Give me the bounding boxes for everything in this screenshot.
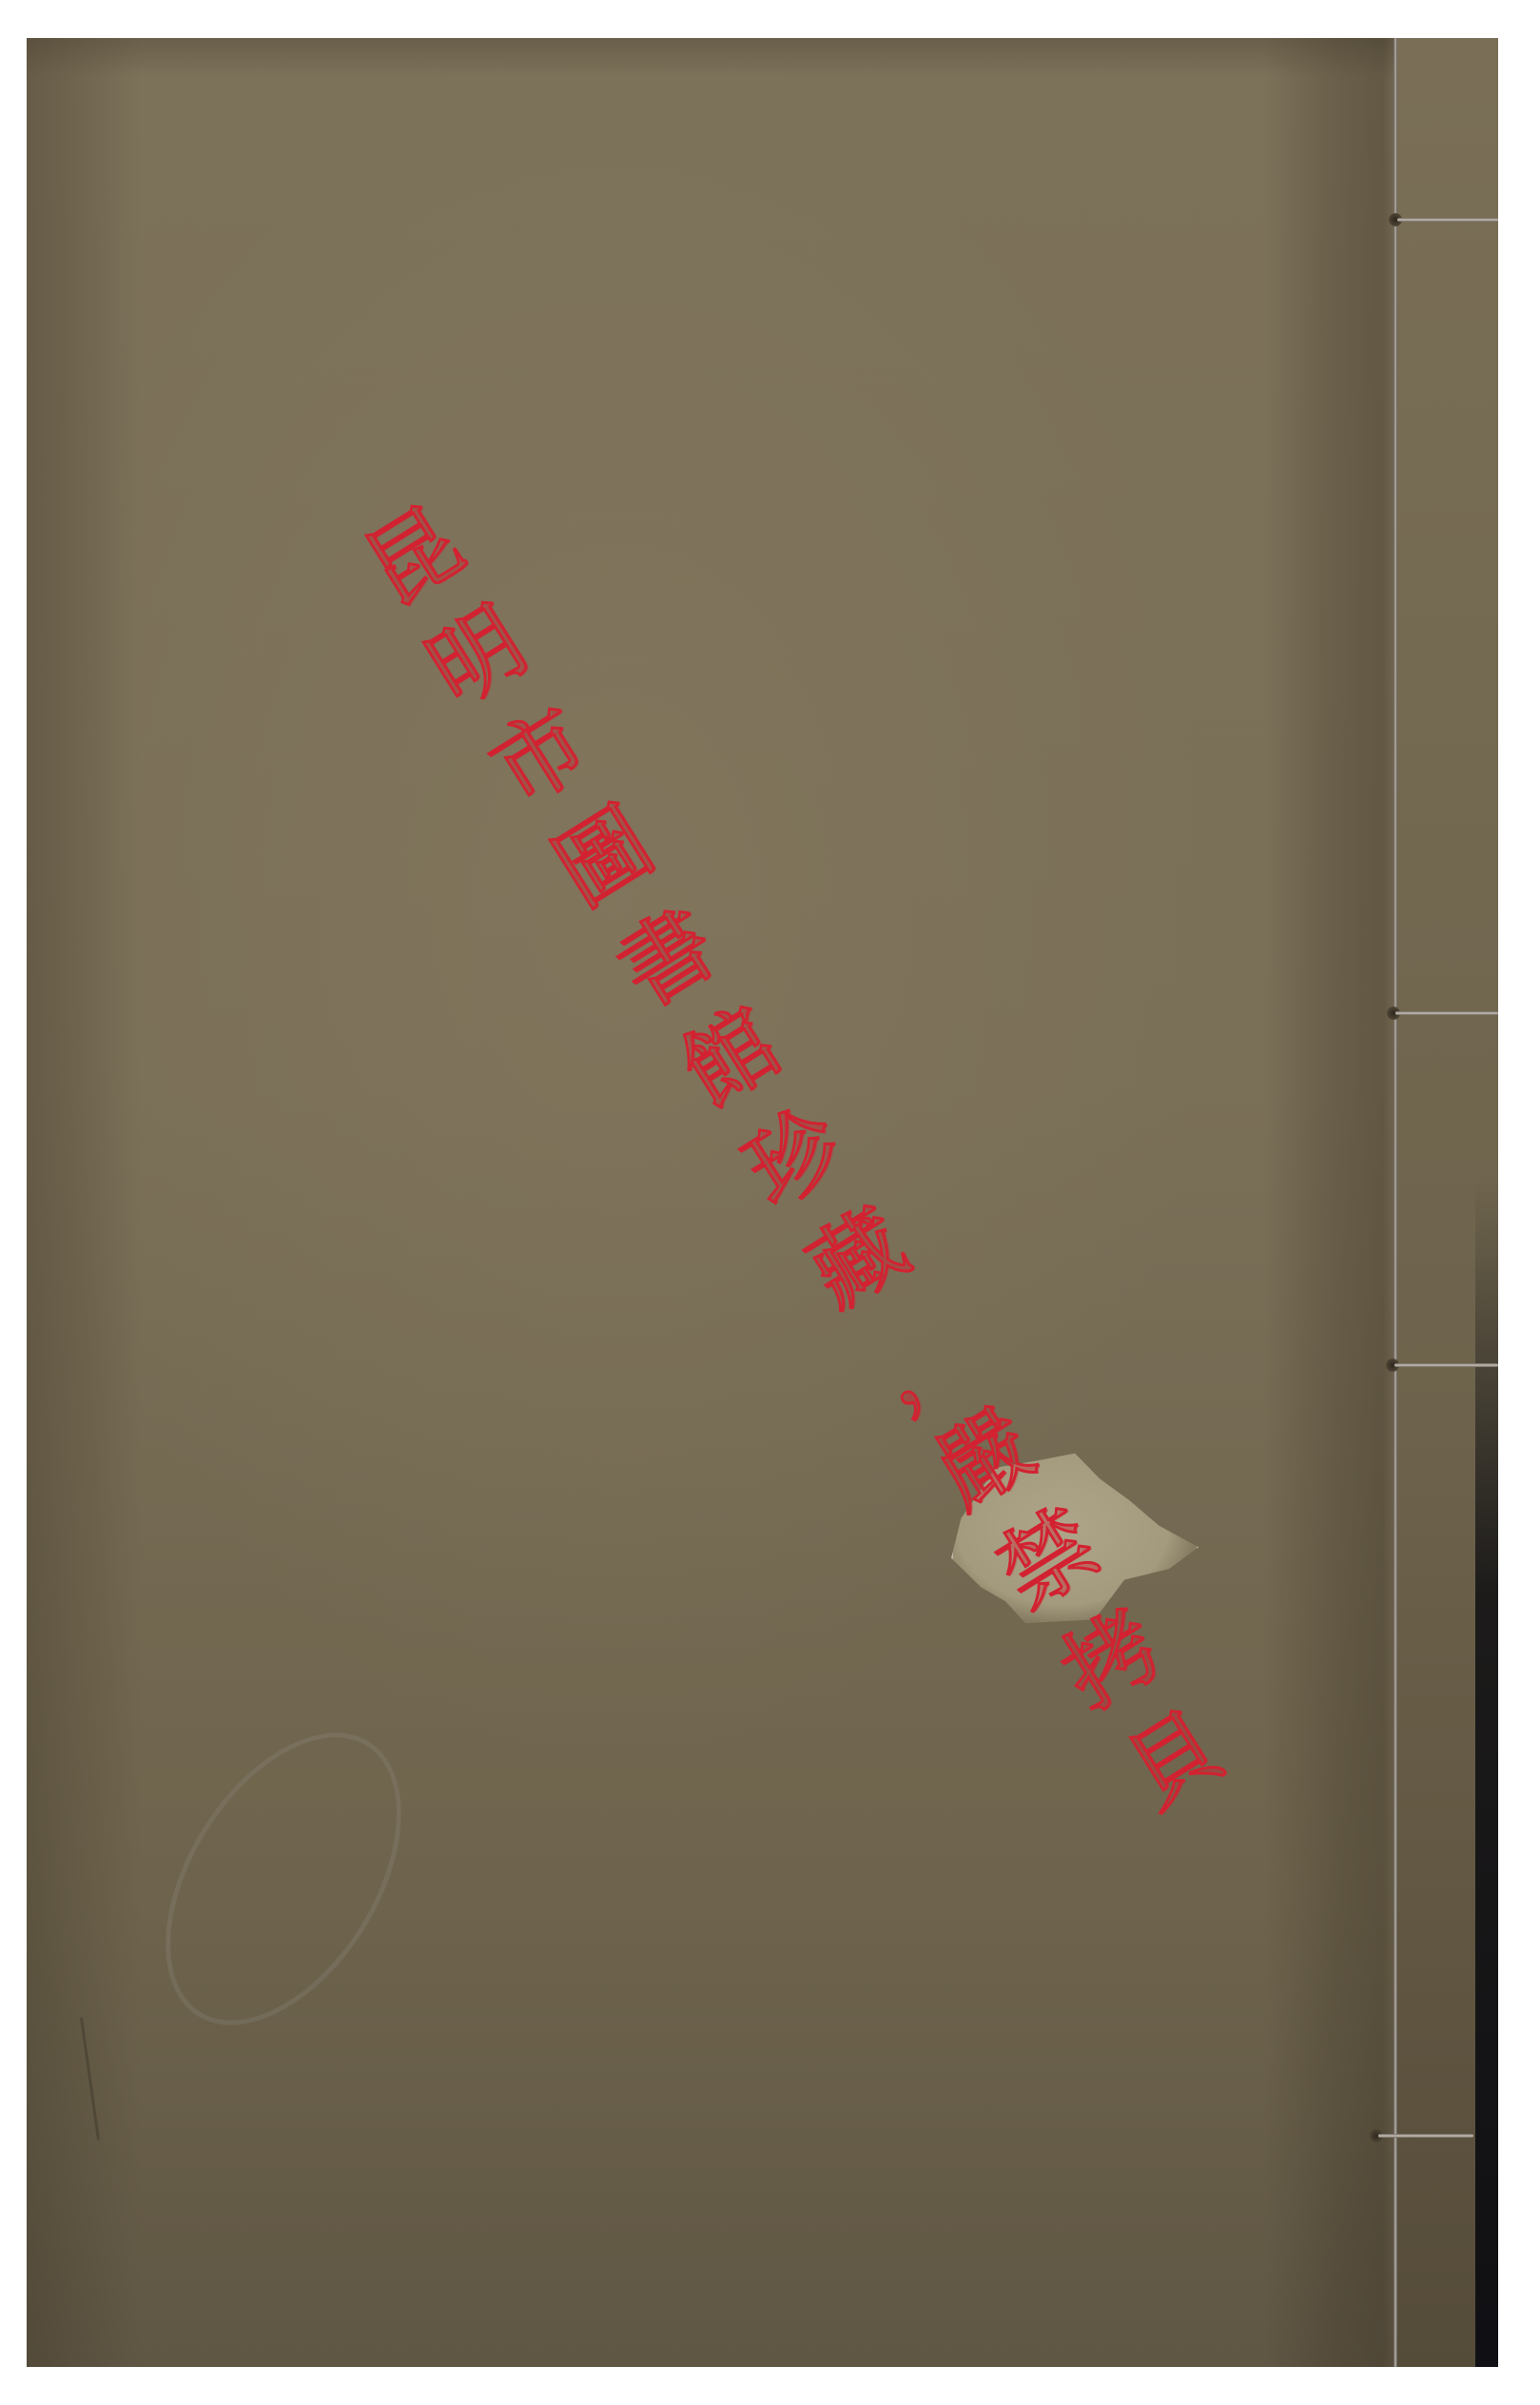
binding-thread-segment <box>1394 38 1397 2367</box>
binding-stitch <box>1395 1011 1498 1015</box>
oval-stain <box>117 1691 450 2066</box>
left-edge-shadow <box>27 38 141 2367</box>
binding-stitch <box>1378 2134 1473 2138</box>
binding-stitch <box>1397 218 1498 222</box>
spine-dark-edge <box>1475 1180 1498 2367</box>
binding-stitch <box>1394 1363 1498 1367</box>
spine-fold-shadow <box>1263 38 1396 2367</box>
